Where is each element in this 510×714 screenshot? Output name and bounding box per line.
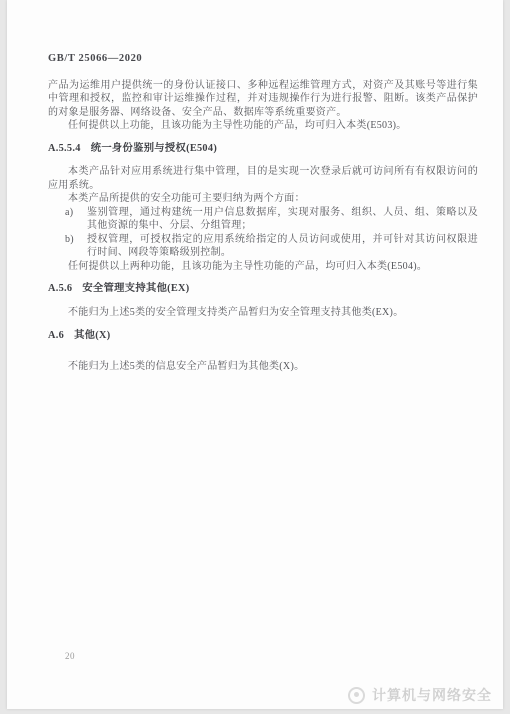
list-text: 鉴别管理，通过构建统一用户信息数据库，实现对服务、组织、人员、组、策略以及其他资… xyxy=(87,206,478,233)
section-title: 安全管理支持其他(EX) xyxy=(82,283,189,294)
section-number: A.5.6 xyxy=(48,283,72,294)
section-heading-a6: A.6其他(X) xyxy=(48,329,478,343)
list-item-b: b) 授权管理，可授权指定的应用系统给指定的人员访问或使用，并可针对其访问权限进… xyxy=(48,233,478,260)
section-paragraph: 不能归为上述5类的信息安全产品暂归为其他类(X)。 xyxy=(48,360,478,374)
section-number: A.6 xyxy=(48,330,64,341)
page-number: 20 xyxy=(65,651,75,661)
official-account-logo-icon xyxy=(348,687,365,704)
section-number: A.5.5.4 xyxy=(48,143,81,154)
watermark: 计算机与网络安全 xyxy=(348,685,492,705)
intro-closing-paragraph: 任何提供以上功能，且该功能为主导性功能的产品，均可归入本类(E503)。 xyxy=(48,119,478,133)
list-marker: b) xyxy=(65,233,87,260)
section-paragraph: 不能归为上述5类的安全管理支持类产品暂归为安全管理支持其他类(EX)。 xyxy=(48,306,478,320)
section-title: 统一身份鉴别与授权(E504) xyxy=(91,143,217,154)
section-title: 其他(X) xyxy=(74,330,110,341)
document-page: GB/T 25066—2020 产品为运维用户提供统一的身份认证接口、多种远程运… xyxy=(7,0,503,709)
document-content: GB/T 25066—2020 产品为运维用户提供统一的身份认证接口、多种远程运… xyxy=(48,52,478,373)
intro-paragraph: 产品为运维用户提供统一的身份认证接口、多种远程运维管理方式，对资产及其账号等进行… xyxy=(48,79,478,120)
section-heading-a56: A.5.6安全管理支持其他(EX) xyxy=(48,282,478,296)
standard-number: GB/T 25066—2020 xyxy=(48,52,478,66)
section-heading-a554: A.5.5.4统一身份鉴别与授权(E504) xyxy=(48,142,478,156)
section-closing-paragraph: 任何提供以上两种功能，且该功能为主导性功能的产品，均可归入本类(E504)。 xyxy=(48,260,478,274)
list-text: 授权管理，可授权指定的应用系统给指定的人员访问或使用，并可针对其访问权限进行时间… xyxy=(87,233,478,260)
list-marker: a) xyxy=(65,206,87,233)
watermark-text: 计算机与网络安全 xyxy=(372,685,492,705)
section-paragraph: 本类产品所提供的安全功能可主要归纳为两个方面： xyxy=(48,192,478,206)
section-paragraph: 本类产品针对应用系统进行集中管理，目的是实现一次登录后就可访问所有有权限访问的应… xyxy=(48,165,478,192)
list-item-a: a) 鉴别管理，通过构建统一用户信息数据库，实现对服务、组织、人员、组、策略以及… xyxy=(48,206,478,233)
